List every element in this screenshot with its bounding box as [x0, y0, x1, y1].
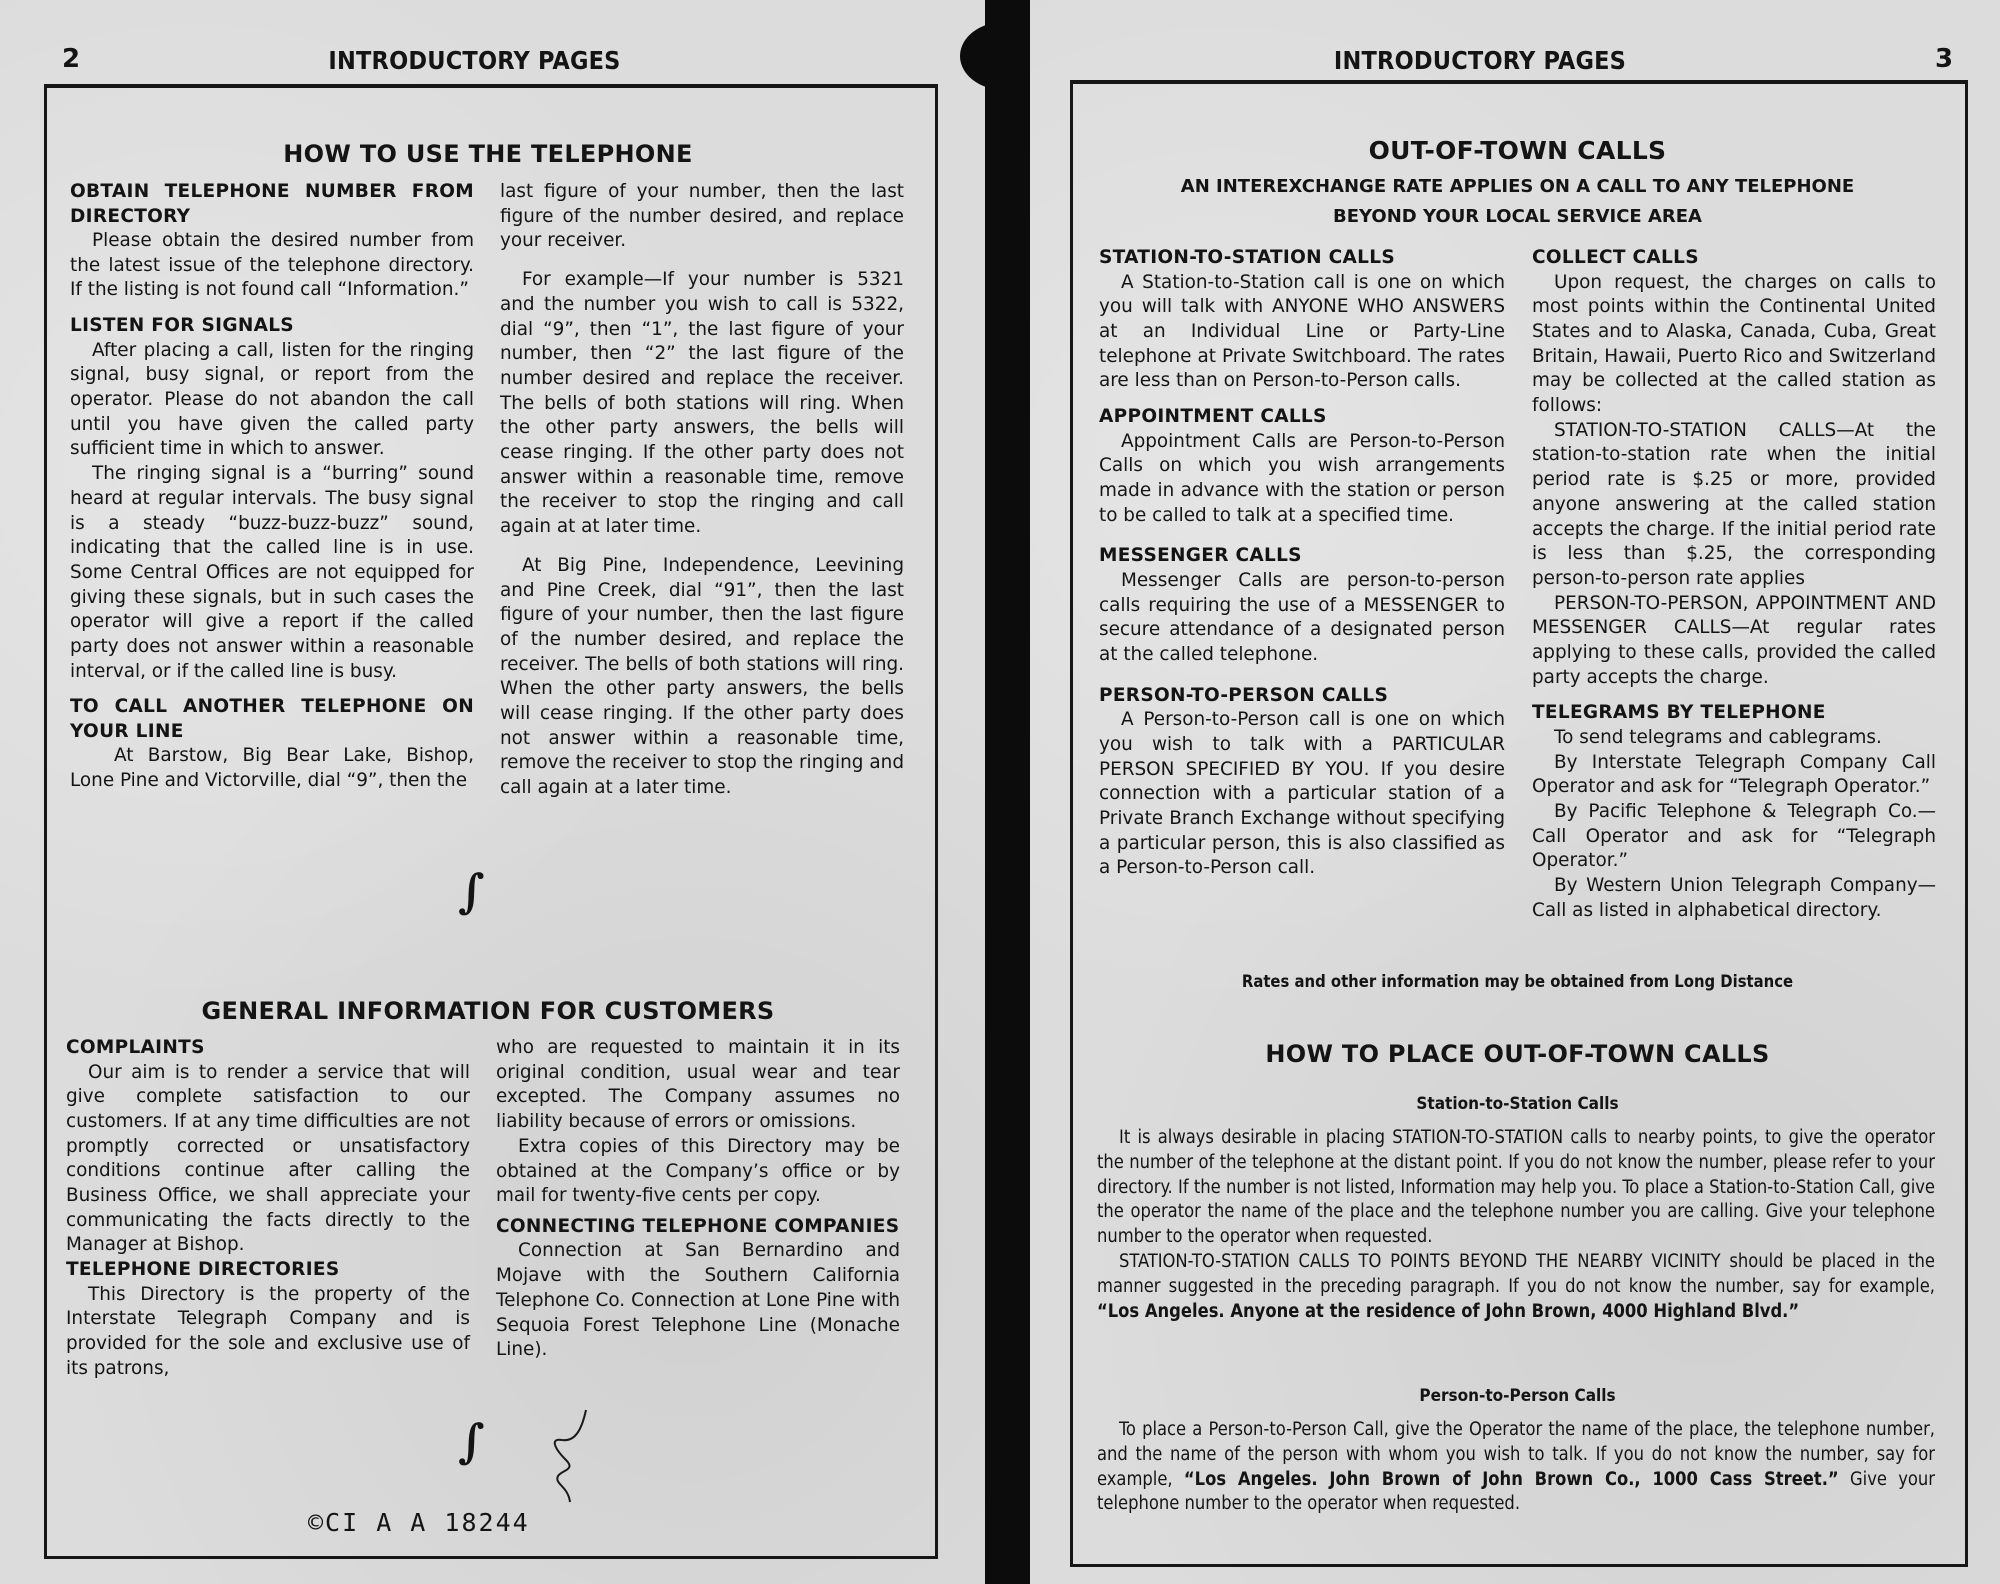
column-1: STATION-TO-STATION CALLS A Station-to-St…	[1099, 246, 1505, 881]
paragraph-listen-1: After placing a call, listen for the rin…	[70, 339, 474, 463]
column-4: who are requested to maintain it in its …	[496, 1036, 900, 1363]
heading-listen-signals: LISTEN FOR SIGNALS	[70, 314, 474, 339]
subtitle-line-1: AN INTEREXCHANGE RATE APPLIES ON A CALL …	[1070, 176, 1965, 197]
paragraph-collect-person: PERSON-TO-PERSON, APPOINTMENT AND MESSEN…	[1532, 592, 1936, 691]
column-3: COMPLAINTS Our aim is to render a servic…	[66, 1036, 470, 1381]
book-gutter	[985, 0, 1030, 1584]
handwritten-mark-bottom: ∫	[458, 1418, 485, 1464]
paragraph-connecting: Connection at San Bernardino and Mojave …	[496, 1239, 900, 1363]
heading-call-another: TO CALL ANOTHER TELEPHONE ON YOUR LINE	[70, 695, 474, 744]
heading-telegrams: TELEGRAMS BY TELEPHONE	[1532, 701, 1936, 726]
heading-station-to-station: STATION-TO-STATION CALLS	[1099, 246, 1505, 271]
heading-connecting: CONNECTING TELEPHONE COMPANIES	[496, 1215, 900, 1240]
rates-note: Rates and other information may be obtai…	[1070, 972, 1965, 991]
paragraph-collect: Upon request, the charges on calls to mo…	[1532, 271, 1936, 419]
paragraph-big-pine: At Big Pine, Independence, Leevining and…	[500, 554, 904, 801]
left-page: 2 INTRODUCTORY PAGES HOW TO USE THE TELE…	[0, 0, 985, 1584]
section-title-how-to-place: HOW TO PLACE OUT-OF-TOWN CALLS	[1070, 1040, 1965, 1068]
paragraph-directories: This Directory is the property of the In…	[66, 1283, 470, 1382]
heading-appointment: APPOINTMENT CALLS	[1099, 405, 1505, 430]
paragraph-station-instructions: It is always desirable in placing STATIO…	[1097, 1126, 1935, 1250]
paragraph-person-instructions: To place a Person-to-Person Call, give t…	[1097, 1418, 1935, 1517]
handwritten-scribble-icon	[548, 1408, 588, 1504]
station-instructions: It is always desirable in placing STATIO…	[1097, 1126, 1935, 1324]
section-title-general-info: GENERAL INFORMATION FOR CUSTOMERS	[44, 997, 932, 1025]
running-head: INTRODUCTORY PAGES	[0, 46, 967, 75]
person-instructions-example: “Los Angeles. John Brown of John Brown C…	[1184, 1469, 1839, 1490]
station-beyond-text: STATION-TO-STATION CALLS TO POINTS BEYON…	[1097, 1251, 1935, 1297]
paragraph-station-beyond: STATION-TO-STATION CALLS TO POINTS BEYON…	[1097, 1250, 1935, 1324]
heading-collect: COLLECT CALLS	[1532, 246, 1936, 271]
heading-directories: TELEPHONE DIRECTORIES	[66, 1258, 470, 1283]
paragraph-person-to-person: A Person-to-Person call is one on which …	[1099, 708, 1505, 881]
person-instructions: To place a Person-to-Person Call, give t…	[1097, 1418, 1935, 1517]
heading-obtain-number: OBTAIN TELEPHONE NUMBER FROM DIRECTORY	[70, 180, 474, 229]
paragraph-messenger: Messenger Calls are person-to-person cal…	[1099, 569, 1505, 668]
paragraph-obtain-number: Please obtain the desired number from th…	[70, 229, 474, 303]
telegrams-line: By Interstate Telegraph Company Call Ope…	[1532, 751, 1936, 800]
paragraph-complaints: Our aim is to render a service that will…	[66, 1061, 470, 1259]
section-title-how-to-use: HOW TO USE THE TELEPHONE	[44, 140, 932, 168]
telegrams-line: To send telegrams and cablegrams.	[1532, 726, 1936, 751]
heading-complaints: COMPLAINTS	[66, 1036, 470, 1061]
telegrams-line: By Western Union Telegraph Company—Call …	[1532, 874, 1936, 923]
paragraph-station-to-station: A Station-to-Station call is one on whic…	[1099, 271, 1505, 395]
subtitle-line-2: BEYOND YOUR LOCAL SERVICE AREA	[1070, 206, 1965, 227]
paragraph-example: For example—If your number is 5321 and t…	[500, 268, 904, 540]
paragraph-collect-station: STATION-TO-STATION CALLS—At the station-…	[1532, 419, 1936, 592]
section-title-out-of-town: OUT-OF-TOWN CALLS	[1070, 136, 1965, 165]
paragraph-extra-copies: Extra copies of this Directory may be ob…	[496, 1135, 900, 1209]
column-2: last figure of your number, then the las…	[500, 180, 904, 801]
handwritten-mark: ∫	[458, 868, 485, 914]
paragraph-call-another-cont: last figure of your number, then the las…	[500, 180, 904, 254]
subtitle-person-to-person: Person-to-Person Calls	[1070, 1386, 1965, 1406]
heading-messenger: MESSENGER CALLS	[1099, 544, 1505, 569]
paragraph-appointment: Appointment Calls are Person-to-Person C…	[1099, 430, 1505, 529]
subtitle-station-to-station: Station-to-Station Calls	[1070, 1094, 1965, 1114]
paragraph-call-another: At Barstow, Big Bear Lake, Bishop, Lone …	[70, 744, 474, 793]
column-1: OBTAIN TELEPHONE NUMBER FROM DIRECTORY P…	[70, 180, 474, 794]
paragraph-directories-cont: who are requested to maintain it in its …	[496, 1036, 900, 1135]
station-beyond-example: “Los Angeles. Anyone at the residence of…	[1097, 1301, 1799, 1322]
running-head: INTRODUCTORY PAGES	[1000, 46, 1960, 75]
page-number: 3	[1935, 44, 1953, 74]
paragraph-listen-2: The ringing signal is a “burring” sound …	[70, 462, 474, 684]
column-2: COLLECT CALLS Upon request, the charges …	[1532, 246, 1936, 924]
heading-person-to-person: PERSON-TO-PERSON CALLS	[1099, 684, 1505, 709]
copyright-stamp: ©CI A A 18244	[308, 1508, 530, 1537]
telegrams-line: By Pacific Telephone & Telegraph Co.—Cal…	[1532, 800, 1936, 874]
